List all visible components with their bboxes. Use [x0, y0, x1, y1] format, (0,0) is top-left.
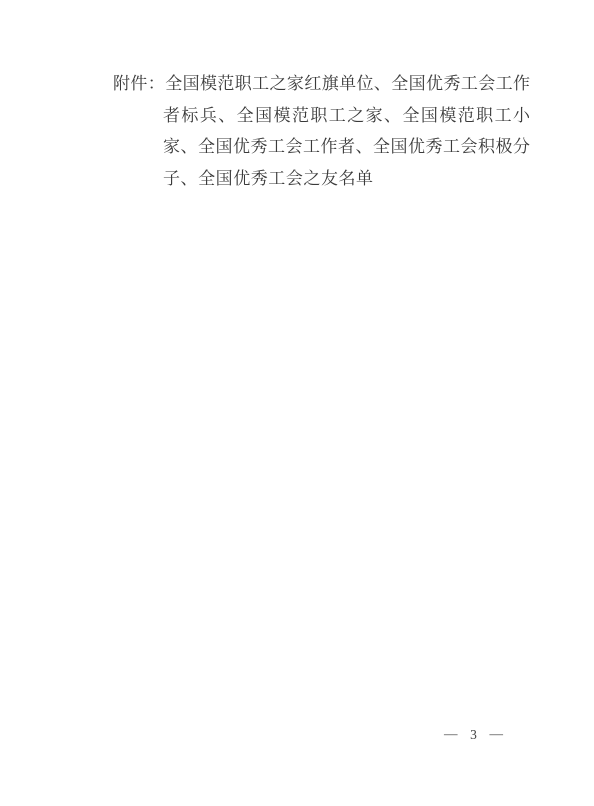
page-number-left-dash: — — [444, 726, 458, 742]
attachment-line-3: 家、全国优秀工会工作者、全国优秀工会积极分 — [163, 131, 530, 163]
attachment-line-text: 全国模范职工之家红旗单位、全国优秀工会工作 — [165, 74, 530, 93]
page-number-footer: — 3 — — [444, 726, 503, 744]
page-number: 3 — [470, 727, 477, 743]
attachment-line-2: 者标兵、全国模范职工之家、全国模范职工小 — [163, 100, 530, 132]
page-number-right-dash: — — [490, 726, 504, 742]
attachment-line-4: 子、全国优秀工会之友名单 — [163, 163, 530, 195]
attachment-line-text: 者标兵、全国模范职工之家、全国模范职工小 — [163, 106, 530, 125]
document-page: 附件：全国模范职工之家红旗单位、全国优秀工会工作 者标兵、全国模范职工之家、全国… — [0, 0, 594, 806]
attachment-block: 附件：全国模范职工之家红旗单位、全国优秀工会工作 者标兵、全国模范职工之家、全国… — [113, 68, 530, 194]
attachment-label: 附件： — [113, 74, 165, 93]
attachment-line-1: 附件：全国模范职工之家红旗单位、全国优秀工会工作 — [113, 68, 530, 100]
attachment-line-text: 子、全国优秀工会之友名单 — [163, 169, 374, 188]
attachment-line-text: 家、全国优秀工会工作者、全国优秀工会积极分 — [163, 137, 530, 156]
